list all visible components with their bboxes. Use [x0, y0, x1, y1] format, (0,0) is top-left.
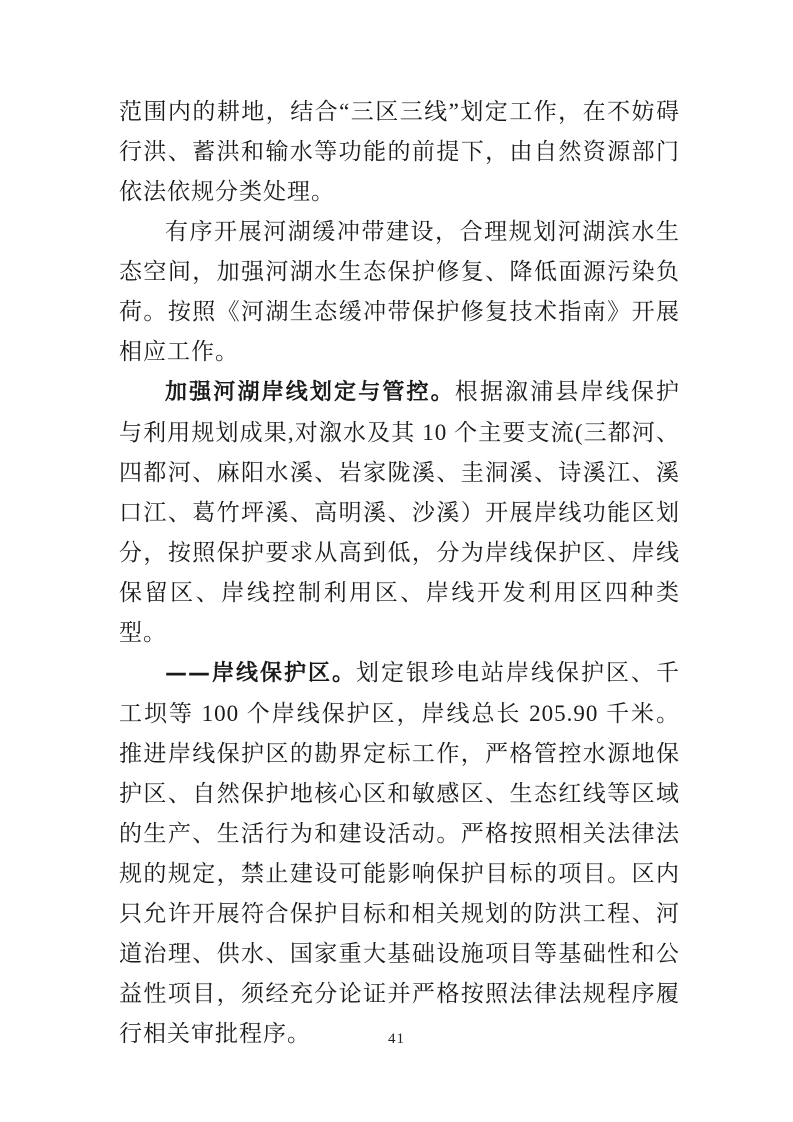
document-body: 范围内的耕地，结合“三区三线”划定工作，在不妨碍行洪、蓄洪和输水等功能的前提下，… — [119, 92, 680, 1054]
document-page: 范围内的耕地，结合“三区三线”划定工作，在不妨碍行洪、蓄洪和输水等功能的前提下，… — [0, 0, 793, 1122]
text-segment: 有序开展河湖缓冲带建设，合理规划河湖滨水生态空间，加强河湖水生态保护修复、降低面… — [119, 219, 680, 364]
bold-lead-segment: ——岸线保护区。 — [165, 661, 356, 686]
paragraph: 有序开展河湖缓冲带建设，合理规划河湖滨水生态空间，加强河湖水生态保护修复、降低面… — [119, 212, 680, 372]
paragraph: 范围内的耕地，结合“三区三线”划定工作，在不妨碍行洪、蓄洪和输水等功能的前提下，… — [119, 92, 680, 212]
text-segment: 根据溆浦县岸线保护与利用规划成果,对溆水及其 10 个主要支流(三都河、四都河、… — [119, 379, 680, 645]
paragraph: 加强河湖岸线划定与管控。根据溆浦县岸线保护与利用规划成果,对溆水及其 10 个主… — [119, 372, 680, 653]
bold-lead-segment: 加强河湖岸线划定与管控。 — [165, 380, 455, 405]
text-segment: 范围内的耕地，结合“三区三线”划定工作，在不妨碍行洪、蓄洪和输水等功能的前提下，… — [119, 99, 680, 204]
paragraph: ——岸线保护区。划定银珍电站岸线保护区、千工坝等 100 个岸线保护区，岸线总长… — [119, 653, 680, 1054]
page-number: 41 — [0, 1031, 793, 1048]
text-segment: 划定银珍电站岸线保护区、千工坝等 100 个岸线保护区，岸线总长 205.90 … — [119, 660, 680, 1046]
